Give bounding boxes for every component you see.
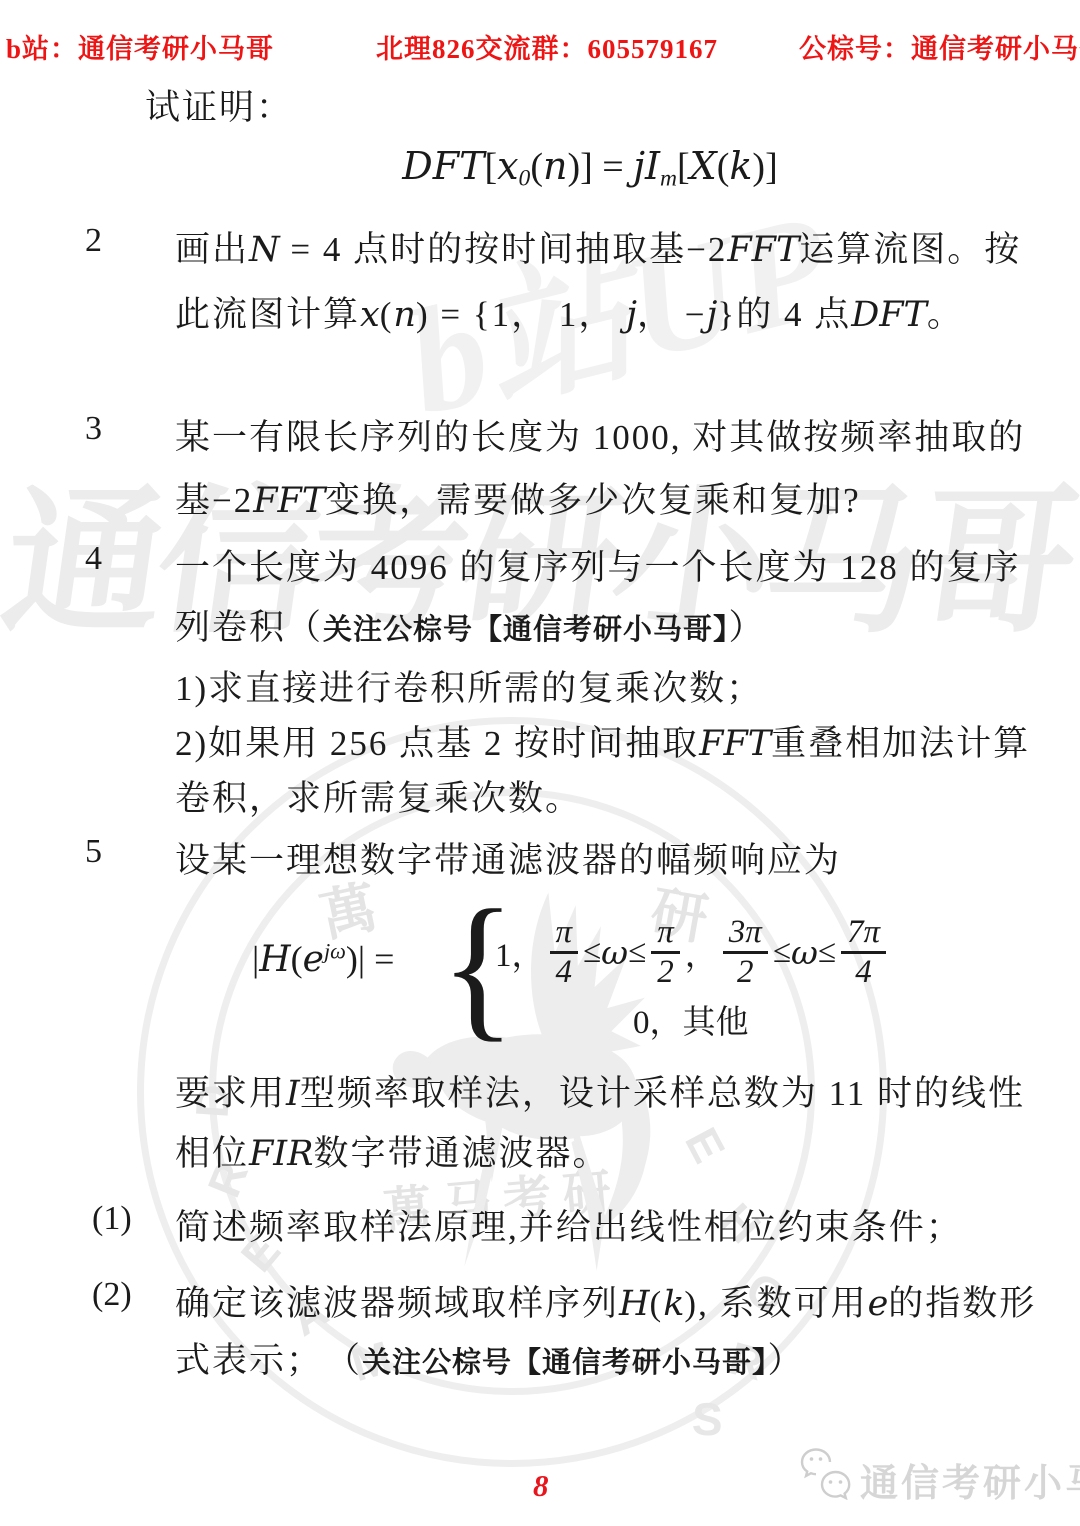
intro-text: 试证明： [145,80,293,130]
problem-number: 5 [85,833,102,871]
problem-text: 某一有限长序列的长度为 1000, 对其做按频率抽取的 [175,410,1025,460]
wechat-icon [800,1446,858,1500]
problem-subitem: 卷积，求所需复乘次数。 [175,771,582,821]
body-text: 要求用I型频率取样法，设计采样总数为 11 时的线性 [175,1066,1025,1116]
problem-text: 列卷积（关注公棕号【通信考研小马哥】） [175,600,766,650]
problem-text: 基−2FFT变换，需要做多少次复乘和复加? [175,473,861,523]
subquestion-text: 简述频率取样法原理,并给出线性相位约束条件； [175,1200,963,1250]
formula-h-case1: 1，π4≤ ω ≤π2，3π2≤ ω ≤7π4 [495,896,891,1008]
problem-number: 3 [85,410,102,448]
header-qq-group: 北理826交流群：605579167 [376,27,718,66]
subquestion-text: 式表示； （关注公棕号【通信考研小马哥】） [175,1333,805,1383]
header-bilibili: b站：通信考研小马哥 [6,27,274,66]
document-page: b站UP 通信考研小马哥 D R E A M E H O R S 萬 研 萬马考… [0,0,1080,1526]
problem-number: 2 [85,222,102,260]
formula-h-case2: 0，其他 [633,996,749,1042]
problem-subitem: 1)求直接进行卷积所需的复乘次数； [175,661,763,711]
subquestion-number: (2) [92,1276,132,1314]
subquestion-number: (1) [92,1200,132,1238]
seal-ring-letter: S [691,1391,724,1446]
formula-dft: DFT[x0(n)] = jIm[X(k)] [330,144,850,193]
header-wechat-account: 公棕号：通信考研小马哥 [799,27,1080,66]
body-text: 相位FIR数字带通滤波器。 [175,1126,610,1176]
problem-text: 此流图计算x(n) = {1， 1， j， −j}的 4 点DFT。 [175,287,964,337]
formula-h-lhs: |H(ejω)| = [252,938,394,980]
problem-subitem: 2)如果用 256 点基 2 按时间抽取FFT重叠相加法计算 [175,716,1030,766]
problem-number: 4 [85,540,102,578]
page-number: 8 [533,1468,549,1504]
subquestion-text: 确定该滤波器频域取样序列H(k), 系数可用e的指数形 [175,1276,1036,1326]
problem-text: 一个长度为 4096 的复序列与一个长度为 128 的复序 [175,540,1021,590]
footer-brand: 通信考研小马哥 [860,1452,1080,1507]
problem-text: 画出N = 4 点时的按时间抽取基−2FFT运算流图。按 [175,222,1021,272]
problem-text: 设某一理想数字带通滤波器的幅频响应为 [175,833,841,883]
